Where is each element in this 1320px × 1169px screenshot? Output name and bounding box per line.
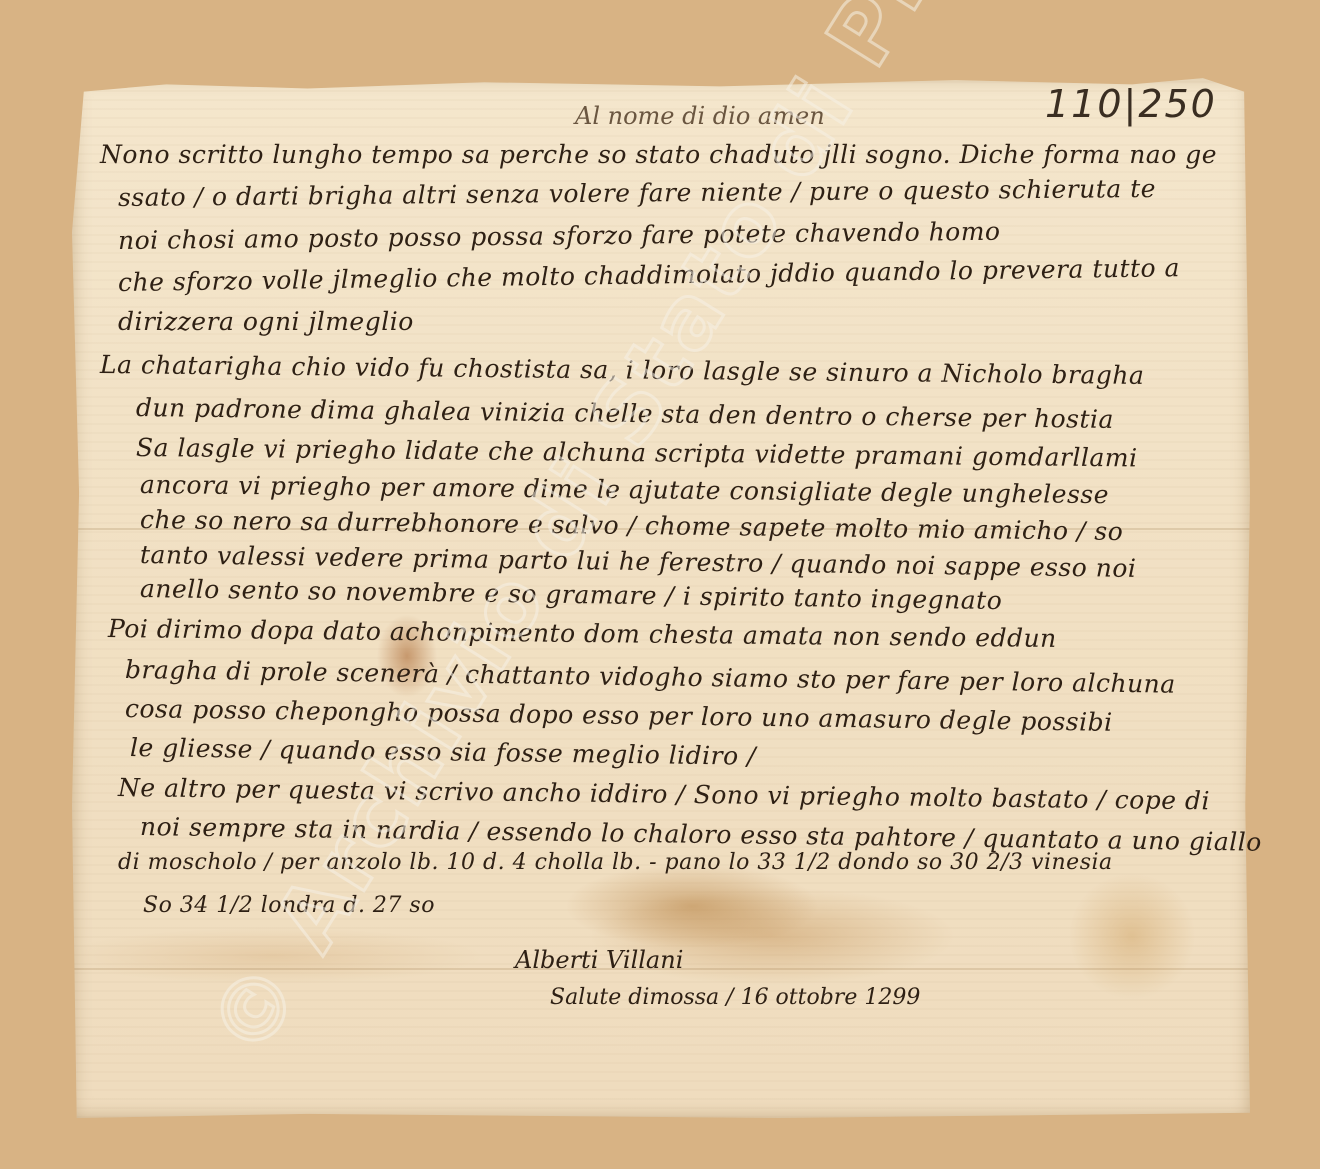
text-line: di moscholo / per anzolo lb. 10 d. 4 cho… (118, 850, 1113, 875)
signature-name: Alberti Villani (515, 946, 683, 974)
text-line: dirizzera ogni jlmeglio (118, 307, 414, 336)
archive-number: 110|250 (1045, 82, 1217, 126)
text-line: Nono scritto lungho tempo sa perche so s… (100, 140, 1217, 169)
signature-date-line: Salute dimossa / 16 ottobre 1299 (550, 985, 920, 1010)
